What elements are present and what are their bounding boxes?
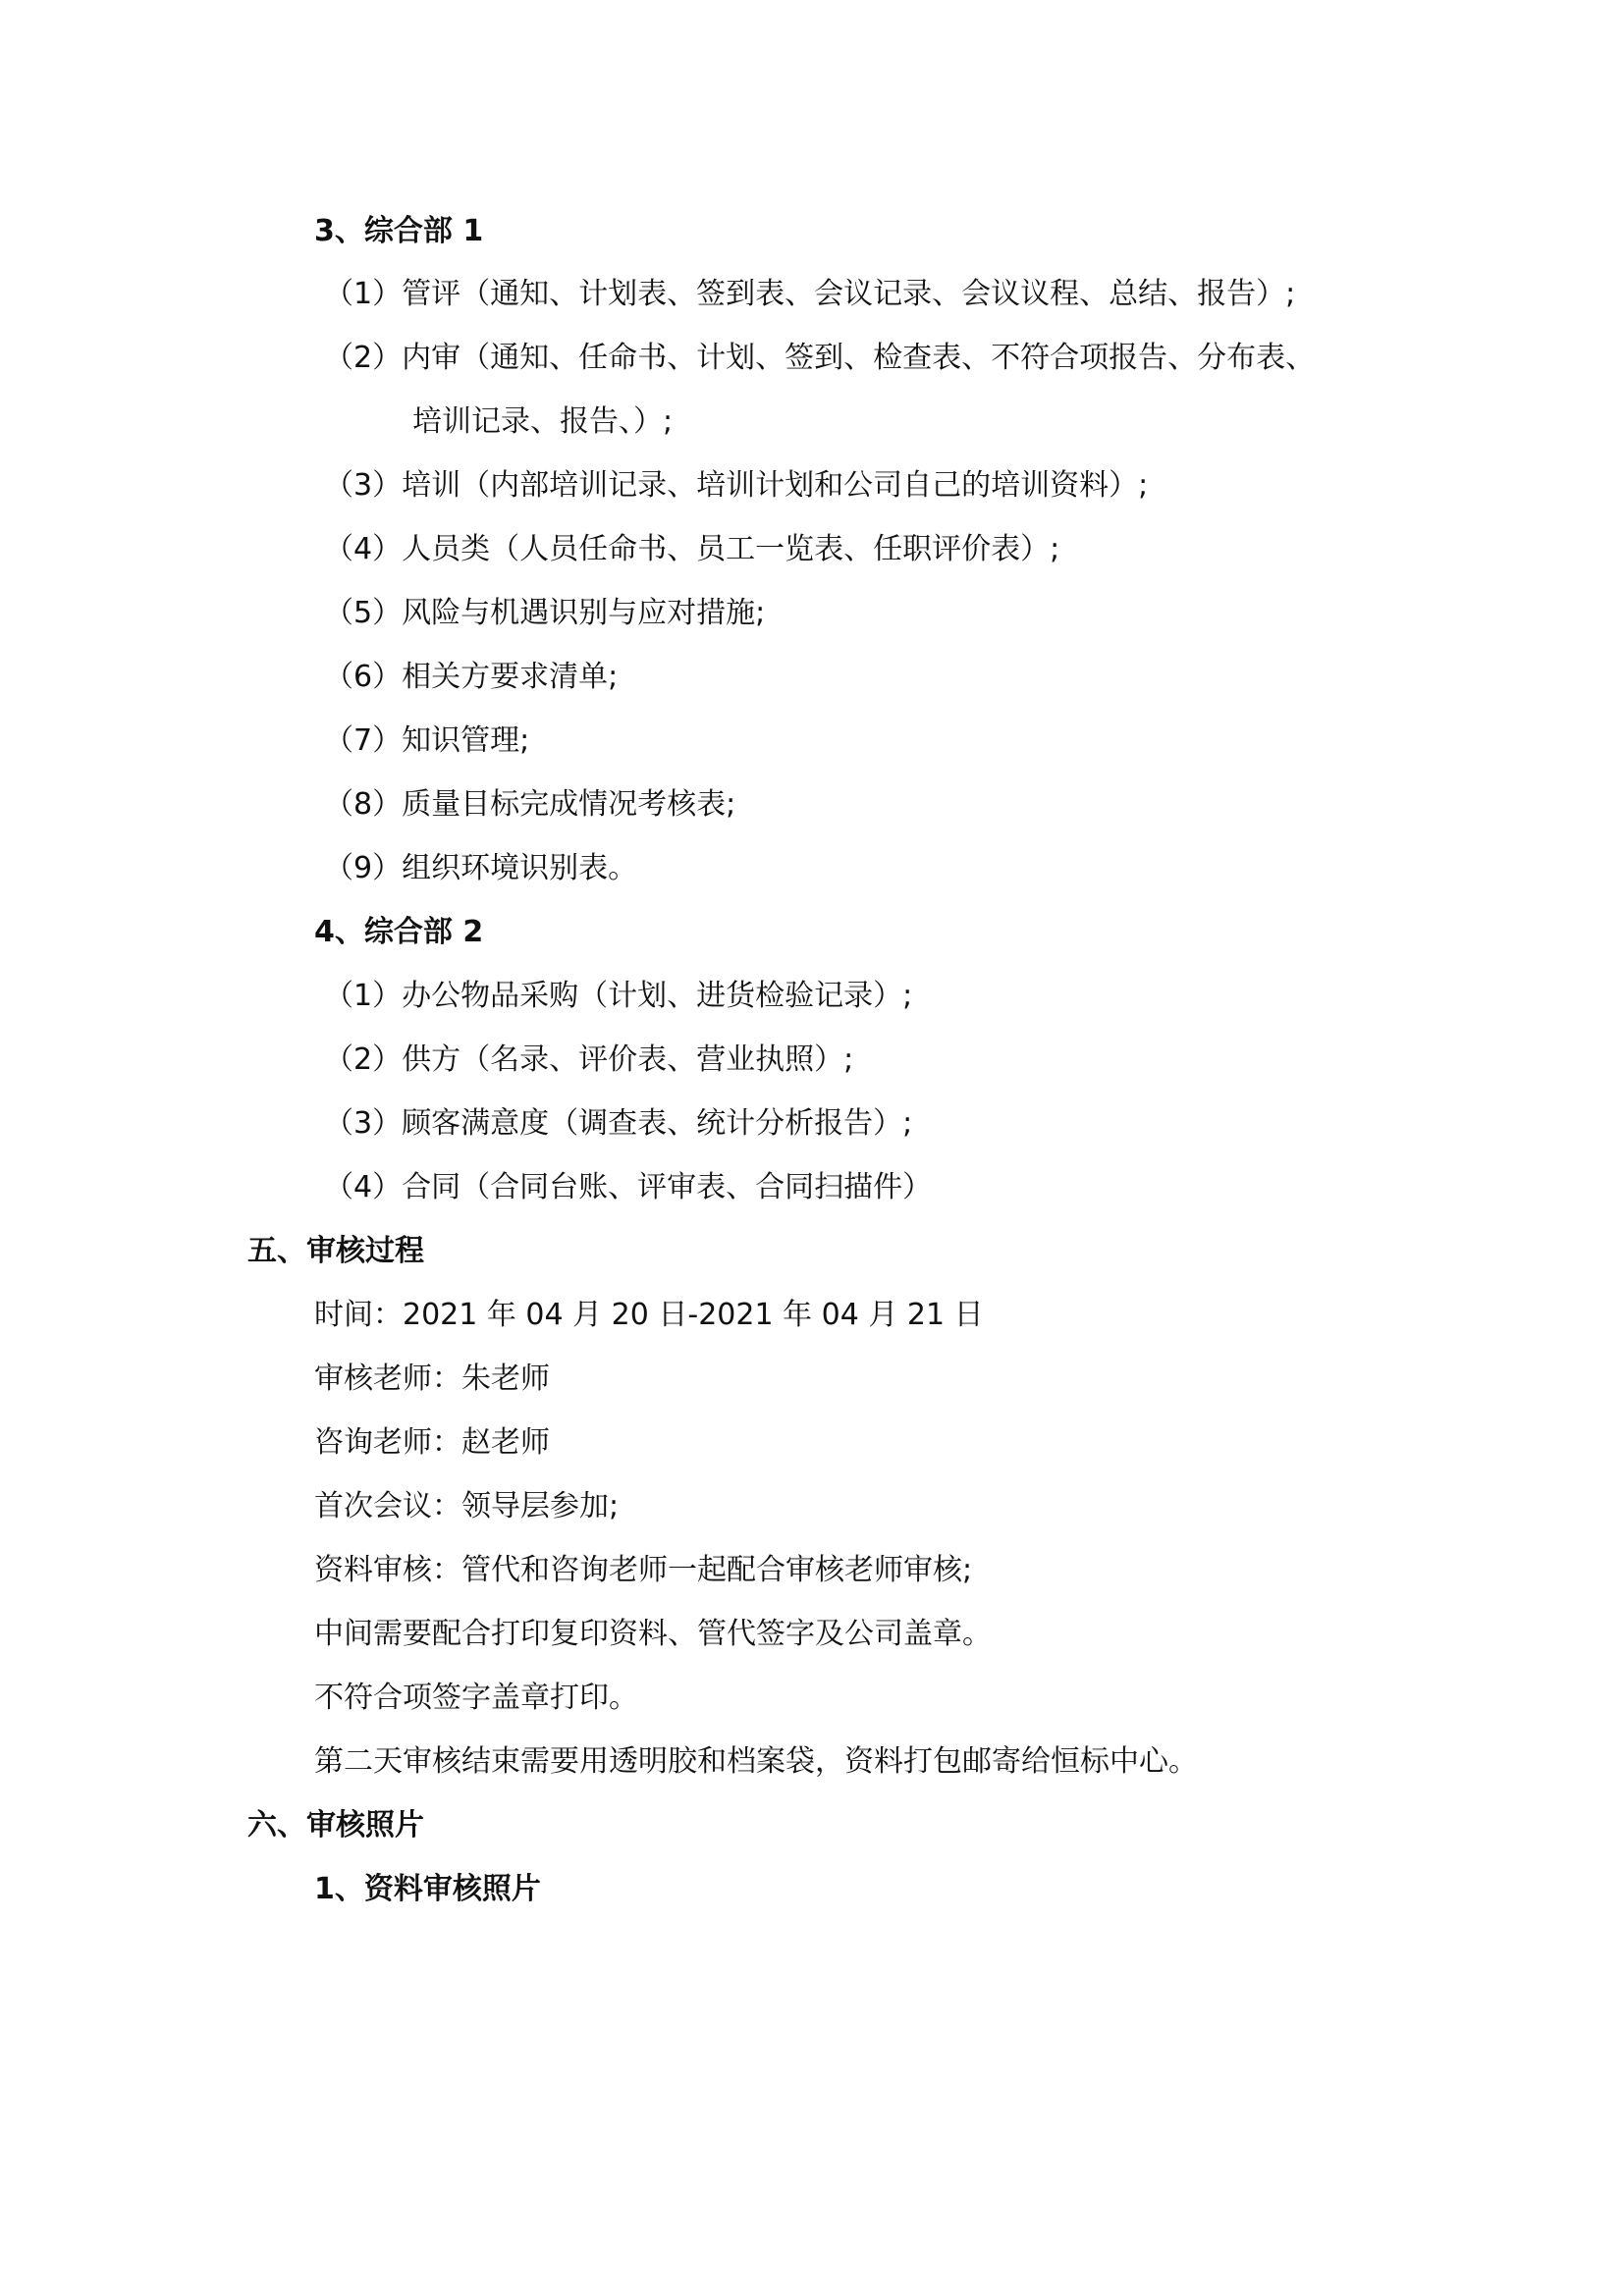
section-heading-audit-process: 五、审核过程 <box>247 1232 424 1271</box>
subheading-document-review-photos: 1、资料审核照片 <box>314 1870 541 1909</box>
list-item: （8）质量目标完成情况考核表; <box>324 785 735 825</box>
audit-time: 时间：2021 年 04 月 20 日-2021 年 04 月 21 日 <box>314 1296 984 1335</box>
first-meeting: 首次会议：领导层参加; <box>314 1487 619 1526</box>
document-review: 资料审核：管代和咨询老师一起配合审核老师审核; <box>314 1551 972 1590</box>
consultant: 咨询老师：赵老师 <box>314 1423 550 1463</box>
process-note: 第二天审核结束需要用透明胶和档案袋，资料打包邮寄给恒标中心。 <box>314 1742 1198 1782</box>
list-item: （3）培训（内部培训记录、培训计划和公司自己的培训资料）; <box>324 466 1148 506</box>
list-item-continuation: 培训记录、报告、）; <box>412 402 673 442</box>
list-item: （4）合同（合同台账、评审表、合同扫描件） <box>324 1168 932 1207</box>
process-note: 中间需要配合打印复印资料、管代签字及公司盖章。 <box>314 1615 992 1654</box>
list-item: （4）人员类（人员任命书、员工一览表、任职评价表）; <box>324 530 1059 569</box>
process-note: 不符合项签字盖章打印。 <box>314 1679 638 1718</box>
list-item: （6）相关方要求清单; <box>324 658 618 697</box>
list-item: （1）管评（通知、计划表、签到表、会议记录、会议议程、总结、报告）; <box>324 275 1295 314</box>
section-heading-audit-photos: 六、审核照片 <box>247 1806 424 1845</box>
section-heading-general-dept-2: 4、综合部 2 <box>314 913 483 952</box>
list-item: （7）知识管理; <box>324 721 529 761</box>
list-item: （3）顾客满意度（调查表、统计分析报告）; <box>324 1104 912 1144</box>
section-heading-general-dept-1: 3、综合部 1 <box>314 212 483 251</box>
list-item: （2）内审（通知、任命书、计划、签到、检查表、不符合项报告、分布表、 <box>324 339 1315 378</box>
auditor: 审核老师：朱老师 <box>314 1360 550 1399</box>
list-item: （1）办公物品采购（计划、进货检验记录）; <box>324 977 912 1016</box>
list-item: （5）风险与机遇识别与应对措施; <box>324 594 765 633</box>
list-item: （9）组织环境识别表。 <box>324 849 637 888</box>
list-item: （2）供方（名录、评价表、营业执照）; <box>324 1041 853 1080</box>
